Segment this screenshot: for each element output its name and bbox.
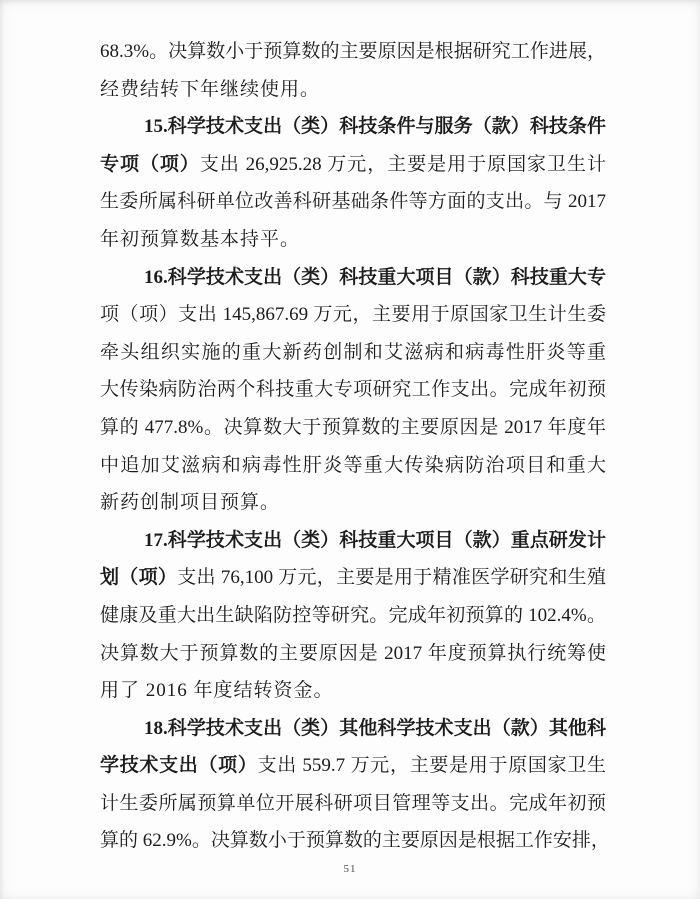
text-segment: 牵头组织实施的重大新药创制和艾滋病和病毒性肝炎等重 [100,342,606,363]
text-segment: 支出 559.7 万元，主要是用于原国家卫生 [258,755,606,776]
text-line: 68.3%。决算数小于预算数的主要原因是根据研究工作进展， [100,33,606,71]
para-continuation: 68.3%。决算数小于预算数的主要原因是根据研究工作进展，经费结转下年继续使用。 [100,33,606,108]
text-segment: 支出 76,100 万元，主要是用于精准医学研究和生殖 [177,567,606,588]
bold-text-segment: 学技术支出（项） [100,755,258,776]
text-segment: 算的 62.9%。决算数小于预算数的主要原因是根据工作安排， [100,830,610,851]
text-line: 算的 477.8%。决算数大于预算数的主要原因是 2017 年度年 [100,409,606,447]
para-item-16: 16.科学技术支出（类）科技重大项目（款）科技重大专项（项）支出 145,867… [100,259,606,522]
text-line: 项（项）支出 145,867.69 万元，主要用于原国家卫生计生委 [100,296,606,334]
document-text: 68.3%。决算数小于预算数的主要原因是根据研究工作进展，经费结转下年继续使用。… [100,33,606,860]
text-segment: 决算数大于预算数的主要原因是 2017 年度预算执行统筹使 [100,643,606,664]
text-line: 16.科学技术支出（类）科技重大项目（款）科技重大专 [100,259,606,297]
text-segment: 项（项）支出 145,867.69 万元，主要用于原国家卫生计生委 [100,304,606,325]
text-segment: 大传染病防治两个科技重大专项研究工作支出。完成年初预 [100,379,606,400]
text-line: 17.科学技术支出（类）科技重大项目（款）重点研发计 [100,522,606,560]
text-line: 算的 62.9%。决算数小于预算数的主要原因是根据工作安排， [100,822,606,860]
para-item-15: 15.科学技术支出（类）科技条件与服务（款）科技条件专项（项）支出 26,925… [100,108,606,258]
text-segment: 生委所属科研单位改善科研基础条件等方面的支出。与 2017 [100,191,606,212]
bold-text-segment: 18.科学技术支出（类）其他科学技术支出（款）其他科 [144,718,606,739]
bold-text-segment: 17.科学技术支出（类）科技重大项目（款）重点研发计 [144,530,606,551]
text-line: 用了 2016 年度结转资金。 [100,672,606,710]
text-line: 生委所属科研单位改善科研基础条件等方面的支出。与 2017 [100,183,606,221]
text-segment: 计生委所属预算单位开展科研项目管理等支出。完成年初预 [100,793,606,814]
para-item-17: 17.科学技术支出（类）科技重大项目（款）重点研发计划（项）支出 76,100 … [100,522,606,710]
text-segment: 健康及重大出生缺陷防控等研究。完成年初预算的 102.4%。 [100,605,606,626]
text-line: 决算数大于预算数的主要原因是 2017 年度预算执行统筹使 [100,635,606,673]
text-line: 牵头组织实施的重大新药创制和艾滋病和病毒性肝炎等重 [100,334,606,372]
text-segment: 中追加艾滋病和病毒性肝炎等重大传染病防治项目和重大 [100,455,606,476]
text-line: 15.科学技术支出（类）科技条件与服务（款）科技条件 [100,108,606,146]
text-line: 划（项）支出 76,100 万元，主要是用于精准医学研究和生殖 [100,559,606,597]
bold-text-segment: 专项（项） [100,154,200,175]
text-line: 中追加艾滋病和病毒性肝炎等重大传染病防治项目和重大 [100,447,606,485]
bold-text-segment: 16.科学技术支出（类）科技重大项目（款）科技重大专 [144,267,606,288]
text-segment: 用了 2016 年度结转资金。 [100,680,334,701]
text-segment: 算的 477.8%。决算数大于预算数的主要原因是 2017 年度年 [100,417,606,438]
text-segment: 支出 26,925.28 万元，主要是用于原国家卫生计 [200,154,606,175]
bold-text-segment: 15.科学技术支出（类）科技条件与服务（款）科技条件 [144,116,606,137]
bold-text-segment: 划（项） [100,567,177,588]
text-line: 新药创制项目预算。 [100,484,606,522]
text-line: 学技术支出（项）支出 559.7 万元，主要是用于原国家卫生 [100,747,606,785]
text-segment: 年初预算数基本持平。 [100,229,300,250]
text-line: 专项（项）支出 26,925.28 万元，主要是用于原国家卫生计 [100,146,606,184]
text-line: 计生委所属预算单位开展科研项目管理等支出。完成年初预 [100,785,606,823]
text-segment: 新药创制项目预算。 [100,492,280,513]
page-number: 51 [0,862,700,876]
text-segment: 经费结转下年继续使用。 [100,79,320,100]
text-line: 经费结转下年继续使用。 [100,71,606,109]
text-line: 年初预算数基本持平。 [100,221,606,259]
para-item-18: 18.科学技术支出（类）其他科学技术支出（款）其他科学技术支出（项）支出 559… [100,710,606,860]
text-segment: 68.3%。决算数小于预算数的主要原因是根据研究工作进展， [100,41,606,62]
text-line: 大传染病防治两个科技重大专项研究工作支出。完成年初预 [100,371,606,409]
text-line: 健康及重大出生缺陷防控等研究。完成年初预算的 102.4%。 [100,597,606,635]
text-line: 18.科学技术支出（类）其他科学技术支出（款）其他科 [100,710,606,748]
